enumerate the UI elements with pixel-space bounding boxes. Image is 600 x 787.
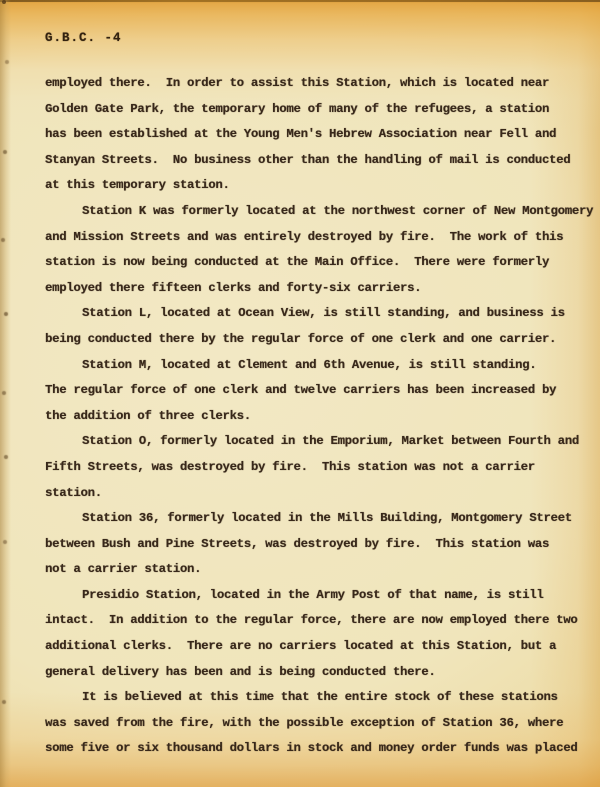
text-line: some five or six thousand dollars in sto… [45,736,578,762]
text-line: was saved from the fire, with the possib… [45,711,578,737]
text-line: The regular force of one clerk and twelv… [45,378,578,404]
text-line: between Bush and Pine Streets, was destr… [45,532,578,558]
text-line: Station K was formerly located at the no… [45,199,578,225]
text-line: and Mission Streets and was entirely des… [45,225,578,251]
page-header-reference: G.B.C. -4 [45,31,122,45]
text-line: Golden Gate Park, the temporary home of … [45,97,578,123]
text-line: Stanyan Streets. No business other than … [45,148,578,174]
text-line: at this temporary station. [45,173,578,199]
text-line: employed there fifteen clerks and forty-… [45,276,578,302]
text-line: the addition of three clerks. [45,404,578,430]
text-line: general delivery has been and is being c… [45,660,578,686]
text-line: employed there. In order to assist this … [45,71,578,97]
text-line: additional clerks. There are no carriers… [45,634,578,660]
text-line: station. [45,481,578,507]
text-line: station is now being conducted at the Ma… [45,250,578,276]
text-line: Presidio Station, located in the Army Po… [45,583,578,609]
text-line: It is believed at this time that the ent… [45,685,578,711]
text-line: intact. In addition to the regular force… [45,608,578,634]
text-line: Station O, formerly located in the Empor… [45,429,578,455]
page-left-edge-shading [0,0,11,787]
text-line: Station L, located at Ocean View, is sti… [45,301,578,327]
text-line: not a carrier station. [45,557,578,583]
text-line: Fifth Streets, was destroyed by fire. Th… [45,455,578,481]
text-line: Station 36, formerly located in the Mill… [45,506,578,532]
text-line: being conducted there by the regular for… [45,327,578,353]
scanned-document-page: G.B.C. -4 employed there. In order to as… [0,0,600,787]
text-line: has been established at the Young Men's … [45,122,578,148]
document-body: employed there. In order to assist this … [45,71,578,762]
text-line: Station M, located at Clement and 6th Av… [45,353,578,379]
